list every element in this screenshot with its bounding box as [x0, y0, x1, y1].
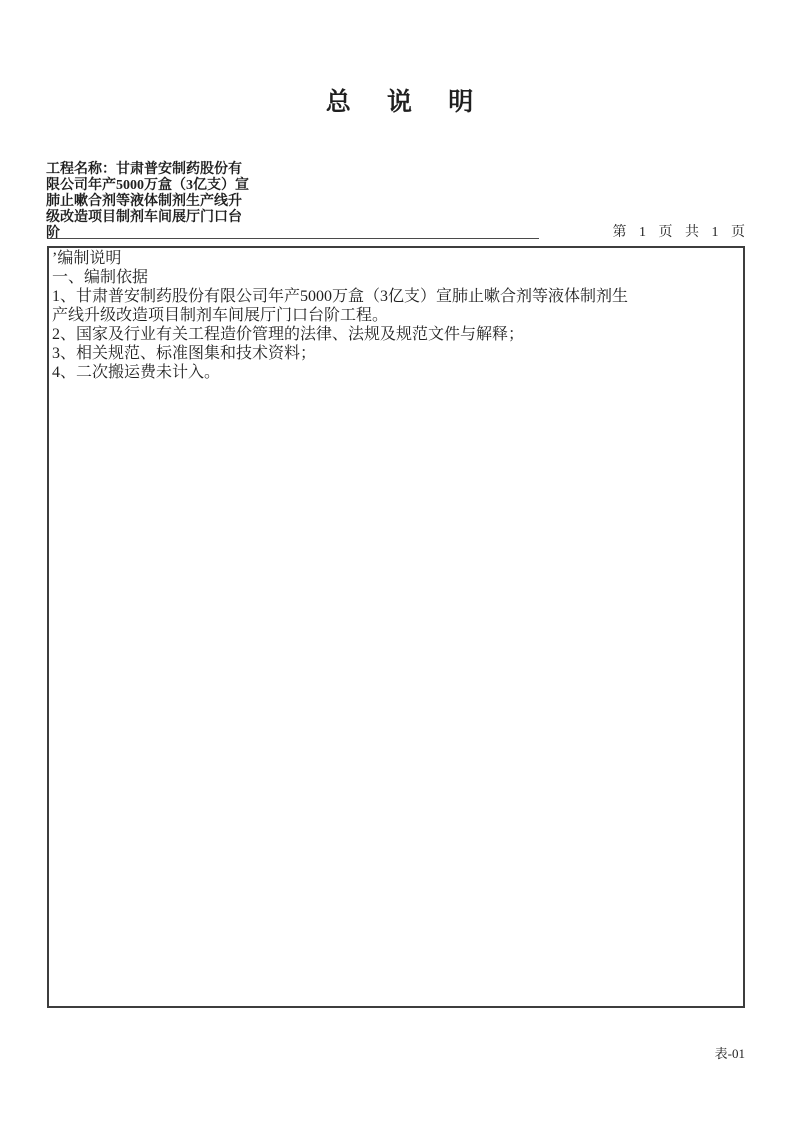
page-indicator: 第 1 页 共 1 页 [545, 225, 745, 240]
page-title: 总 说 明 [0, 82, 800, 118]
form-code: 表-01 [545, 1046, 745, 1061]
project-name-block: 工程名称：甘肃普安制药股份有 限公司年产5000万盒（3亿支）宣 肺止嗽合剂等液… [46, 162, 296, 242]
project-name-line: 阶 [46, 226, 296, 242]
project-name-line: 限公司年产5000万盒（3亿支）宣 [46, 178, 296, 194]
content-line: 产线升级改造项目制剂车间展厅门口台阶工程。 [52, 306, 740, 325]
content-line: 4、二次搬运费未计入。 [52, 363, 740, 382]
content-line: 1、甘肃普安制药股份有限公司年产5000万盒（3亿支）宣肺止嗽合剂等液体制剂生 [52, 287, 740, 306]
header-divider [47, 238, 539, 239]
content-line: 3、相关规范、标准图集和技术资料； [52, 344, 740, 363]
project-name-line: 肺止嗽合剂等液体制剂生产线升 [46, 194, 296, 210]
project-name-line: 级改造项目制剂车间展厅门口台 [46, 210, 296, 226]
document-page: 总 说 明 工程名称：甘肃普安制药股份有 限公司年产5000万盒（3亿支）宣 肺… [0, 0, 800, 1128]
content-box: ’编制说明 一、编制依据 1、甘肃普安制药股份有限公司年产5000万盒（3亿支）… [47, 246, 745, 1008]
content-line: 2、国家及行业有关工程造价管理的法律、法规及规范文件与解释； [52, 325, 740, 344]
project-name-line: 工程名称：甘肃普安制药股份有 [46, 162, 296, 178]
content-line: 一、编制依据 [52, 268, 740, 287]
content-line: ’编制说明 [52, 249, 740, 268]
